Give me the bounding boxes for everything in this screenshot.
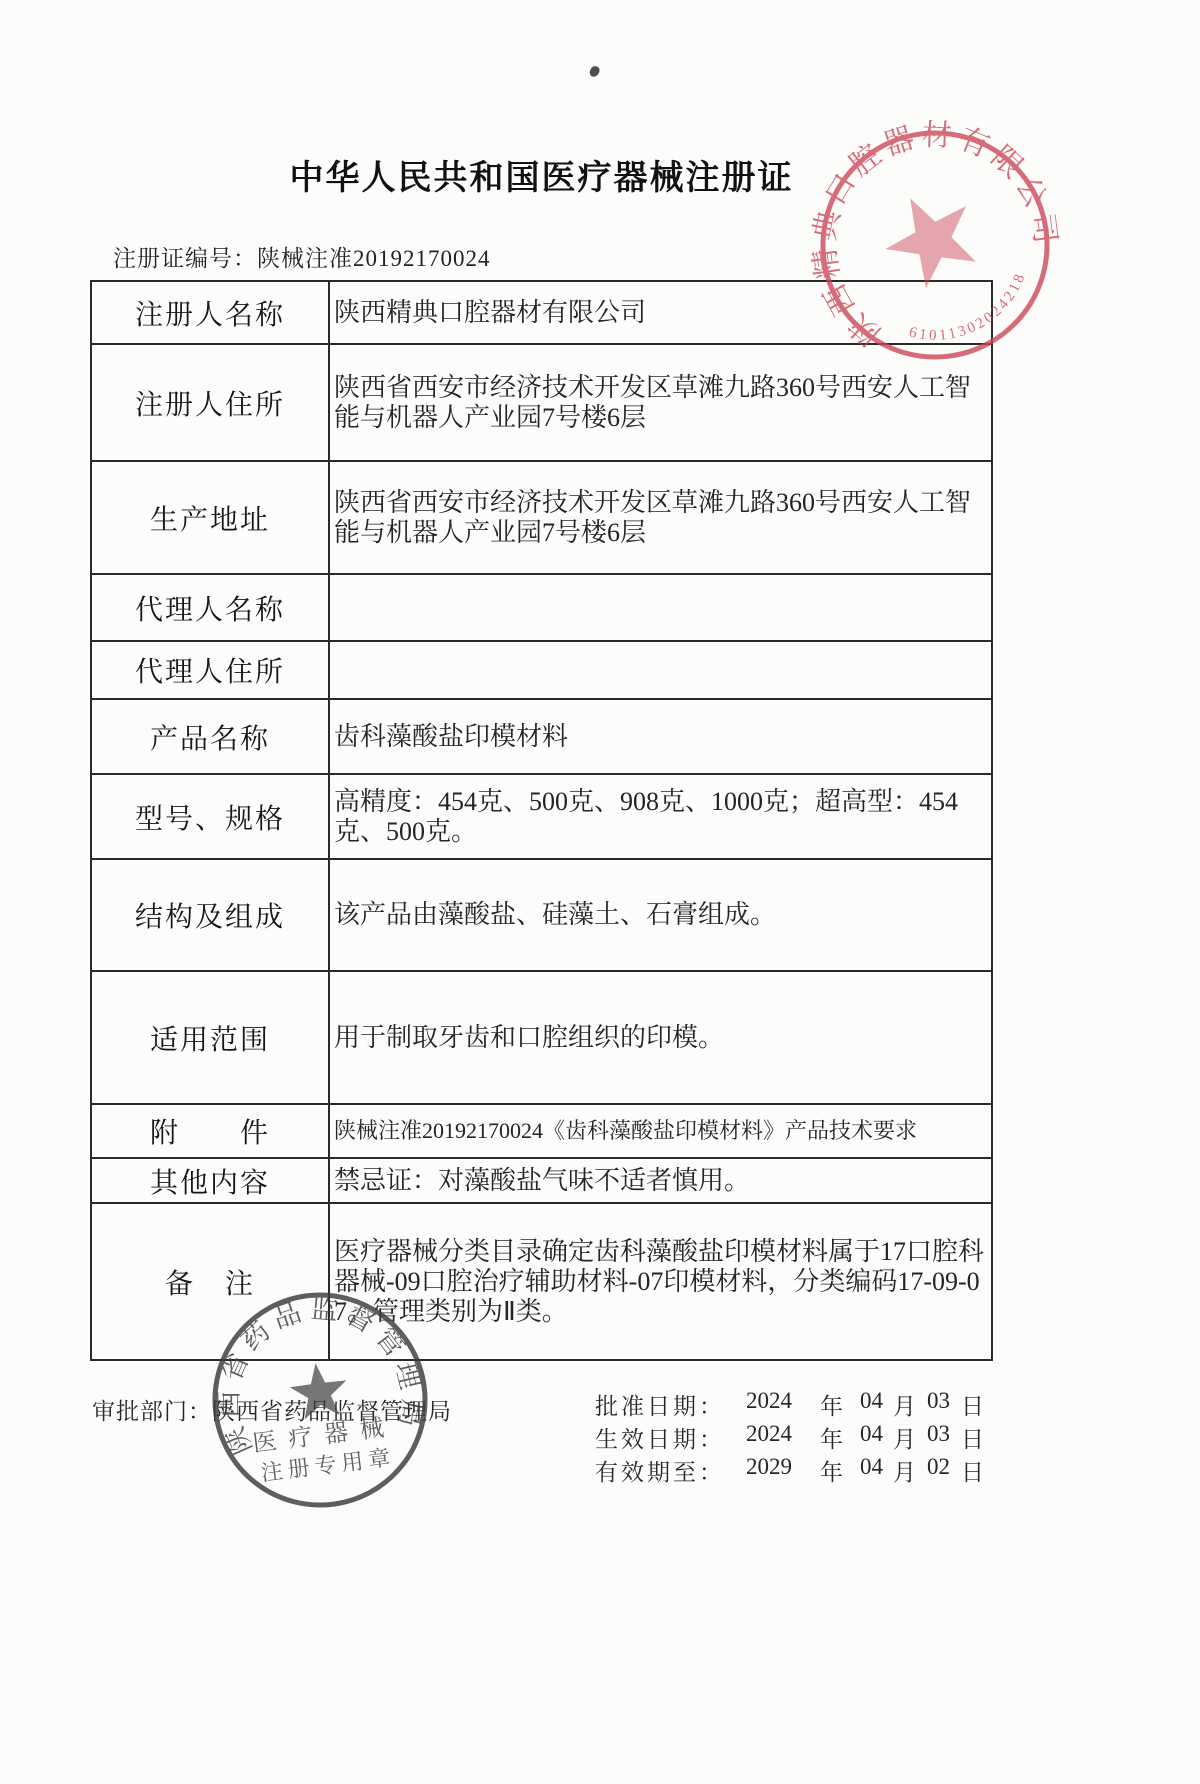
date-year: 2024 — [746, 1388, 792, 1414]
expiry-date-row: 有效期至： 2029 年 04 月 02 日 — [0, 1454, 1200, 1484]
row-label: 生产地址 — [92, 462, 330, 573]
date-day: 03 — [927, 1421, 950, 1447]
row-value: 用于制取牙齿和口腔组织的印模。 — [330, 972, 991, 1103]
cert-number-line: 注册证编号：陕械注准20192170024 — [113, 240, 491, 273]
row-value: 陕西省西安市经济技术开发区草滩九路360号西安人工智能与机器人产业园7号楼6层 — [330, 462, 991, 573]
table-row: 适用范围 用于制取牙齿和口腔组织的印模。 — [92, 972, 991, 1105]
date-month: 04 — [860, 1421, 883, 1447]
date-label: 生效日期： — [595, 1421, 725, 1454]
table-row: 代理人住所 — [92, 642, 991, 700]
date-label: 有效期至： — [595, 1454, 725, 1487]
approval-date-row: 批准日期： 2024 年 04 月 03 日 — [0, 1388, 1200, 1418]
seal-star-icon — [870, 177, 991, 297]
day-unit: 日 — [961, 1388, 984, 1421]
date-year: 2029 — [746, 1454, 792, 1480]
row-label: 产品名称 — [92, 700, 330, 773]
month-unit: 月 — [893, 1421, 916, 1454]
certificate-table: 注册人名称 陕西精典口腔器材有限公司 注册人住所 陕西省西安市经济技术开发区草滩… — [90, 280, 993, 1361]
row-label: 注册人住所 — [92, 345, 330, 460]
row-value — [330, 575, 991, 640]
table-row: 其他内容 禁忌证：对藻酸盐气味不适者慎用。 — [92, 1159, 991, 1204]
row-label: 结构及组成 — [92, 860, 330, 970]
table-row: 附 件 陕械注准20192170024《齿科藻酸盐印模材料》产品技术要求 — [92, 1105, 991, 1159]
row-label: 适用范围 — [92, 972, 330, 1103]
row-value: 医疗器械分类目录确定齿科藻酸盐印模材料属于17口腔科器械-09口腔治疗辅助材料-… — [330, 1204, 991, 1359]
day-unit: 日 — [961, 1454, 984, 1487]
effective-date-row: 生效日期： 2024 年 04 月 03 日 — [0, 1421, 1200, 1451]
year-unit: 年 — [820, 1388, 843, 1421]
table-row: 产品名称 齿科藻酸盐印模材料 — [92, 700, 991, 775]
row-label: 代理人名称 — [92, 575, 330, 640]
seal-star-icon — [287, 1360, 350, 1421]
row-value: 齿科藻酸盐印模材料 — [330, 700, 991, 773]
registration-seal-stamp: 陕西省药品监督管理局 医疗器械 注册专用章 — [192, 1272, 448, 1528]
table-row: 型号、规格 高精度：454克、500克、908克、1000克；超高型：454克、… — [92, 775, 991, 860]
certificate-page: 中华人民共和国医疗器械注册证 注册证编号：陕械注准20192170024 注册人… — [0, 0, 1200, 1784]
month-unit: 月 — [893, 1388, 916, 1421]
row-value: 陕械注准20192170024《齿科藻酸盐印模材料》产品技术要求 — [330, 1105, 991, 1157]
row-label: 附 件 — [92, 1105, 330, 1157]
date-day: 02 — [927, 1454, 950, 1480]
row-label: 其他内容 — [92, 1159, 330, 1202]
ink-dot-artifact — [588, 65, 601, 79]
row-value — [330, 642, 991, 698]
row-label: 型号、规格 — [92, 775, 330, 858]
row-value: 该产品由藻酸盐、硅藻土、石膏组成。 — [330, 860, 991, 970]
date-month: 04 — [860, 1388, 883, 1414]
date-label: 批准日期： — [595, 1388, 725, 1421]
date-day: 03 — [927, 1388, 950, 1414]
row-label: 注册人名称 — [92, 282, 330, 343]
row-label: 代理人住所 — [92, 642, 330, 698]
date-month: 04 — [860, 1454, 883, 1480]
row-value: 禁忌证：对藻酸盐气味不适者慎用。 — [330, 1159, 991, 1202]
day-unit: 日 — [961, 1421, 984, 1454]
table-row: 代理人名称 — [92, 575, 991, 642]
year-unit: 年 — [820, 1454, 843, 1487]
year-unit: 年 — [820, 1421, 843, 1454]
row-value: 高精度：454克、500克、908克、1000克；超高型：454克、500克。 — [330, 775, 991, 858]
table-row: 结构及组成 该产品由藻酸盐、硅藻土、石膏组成。 — [92, 860, 991, 972]
month-unit: 月 — [893, 1454, 916, 1487]
table-row: 生产地址 陕西省西安市经济技术开发区草滩九路360号西安人工智能与机器人产业园7… — [92, 462, 991, 575]
date-year: 2024 — [746, 1421, 792, 1447]
